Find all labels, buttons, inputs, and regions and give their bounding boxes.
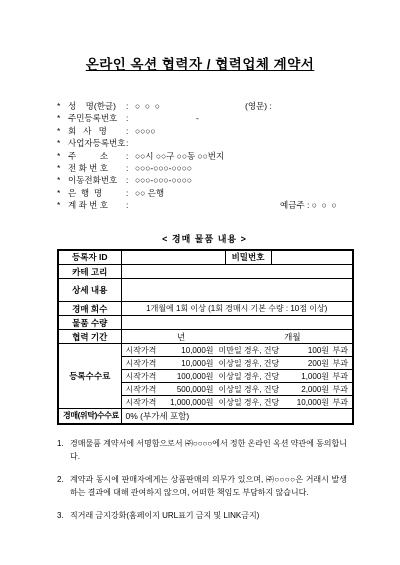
field-label: 성 명(한글) (68, 100, 126, 112)
fee-tier-cell: 시작가격 10,000원 이상일 경우, 건당 200원 부과 (121, 357, 353, 370)
document-title: 온라인 옥션 협력자 / 협력업체 계약서 (0, 53, 400, 73)
fee-prefix: 시작가격 (126, 384, 162, 395)
field-bullet: * (57, 137, 68, 149)
field-label: 계 좌 번 호 (68, 199, 126, 211)
quantity-label: 물품 수량 (58, 316, 121, 330)
field-account-number: * 계 좌 번 호 : 예금주 : ○ ○ ○ (57, 199, 352, 211)
fee-charge: 10,000원 (289, 397, 329, 408)
note-item-1: 1. 경매물품 계약서에 서명함으로서 ㈜○○○○에서 정한 온라인 옥션 약관… (57, 437, 347, 464)
field-bank-name: * 은 행 명 : ○○ 은행 (57, 187, 352, 199)
field-label: 회 사 명 (68, 125, 126, 137)
field-colon: : (126, 187, 135, 199)
fee-tier-1: 시작가격 10,000원 미만일 경우, 건당 100원 부과 (126, 345, 349, 356)
field-colon: : (126, 174, 135, 186)
field-mobile-number: * 이동전화번호 : ○○○-○○○-○○○○ (57, 174, 352, 186)
fee-suffix: 부과 (329, 345, 348, 356)
fee-tier-4: 시작가격 500,000원 이상일 경우, 건당 2,000원 부과 (126, 384, 349, 395)
field-value: ○○○-○○○-○○○○ (135, 174, 192, 186)
field-colon: : (126, 112, 135, 124)
field-resident-number: * 주민등록번호 : - (57, 112, 352, 124)
table-row-quantity: 물품 수량 (58, 316, 353, 330)
fee-charge: 200원 (289, 358, 329, 369)
field-label: 주민등록번호 (68, 112, 126, 124)
field-bullet: * (57, 187, 68, 199)
field-account-holder: 예금주 : ○ ○ ○ (280, 199, 337, 211)
fee-tier-cell: 시작가격 100,000원 이상일 경우, 건당 1,000원 부과 (121, 370, 353, 383)
field-bullet: * (57, 162, 68, 174)
field-colon: : (126, 150, 135, 162)
table-row-auction-count: 경매 회수 1개월에 1회 이상 (1회 경매시 기본 수량 : 10점 이상) (58, 302, 353, 316)
fee-threshold: 1,000,000원 (162, 397, 214, 408)
fee-prefix: 시작가격 (126, 345, 162, 356)
term-units: 년 개월 (126, 331, 349, 343)
field-label: 전 화 번 호 (68, 162, 126, 174)
auction-count-value: 1개월에 1회 이상 (1회 경매시 기본 수량 : 10점 이상) (121, 302, 353, 316)
field-bullet: * (57, 174, 68, 186)
table-row-registrant: 등록자 ID 비밀번호 (58, 250, 353, 265)
field-colon: : (126, 199, 135, 211)
party-info-fields: * 성 명(한글) : ○ ○ ○ (영문) : * 주민등록번호 : - * … (57, 100, 352, 212)
fee-suffix: 부과 (329, 397, 348, 408)
notes-list: 1. 경매물품 계약서에 서명함으로서 ㈜○○○○에서 정한 온라인 옥션 약관… (57, 437, 347, 523)
fee-prefix: 시작가격 (126, 358, 162, 369)
note-number: 2. (57, 473, 70, 500)
category-label: 카테 고리 (58, 265, 121, 279)
password-value-cell (271, 250, 353, 265)
field-business-registration-number: * 사업자등록번호 : (57, 137, 352, 149)
fee-suffix: 부과 (329, 371, 348, 382)
auction-count-label: 경매 회수 (58, 302, 121, 316)
table-row-term: 협력 기간 년 개월 (58, 330, 353, 344)
detail-value-cell (121, 279, 353, 302)
fee-threshold: 10,000원 (162, 358, 214, 369)
field-colon: : (126, 100, 135, 112)
field-value: ○○시 ○○구 ○○동 ○○번지 (135, 150, 224, 162)
fee-condition: 이상일 경우, 건당 (214, 397, 290, 408)
fee-prefix: 시작가격 (126, 371, 162, 382)
term-years-unit: 년 (126, 331, 237, 343)
field-label: 사업자등록번호 (68, 137, 126, 149)
fee-table-row: 등록수수료 시작가격 10,000원 미만일 경우, 건당 100원 부과 (58, 344, 353, 357)
field-phone-number: * 전 화 번 호 : ○○○-○○○-○○○○ (57, 162, 352, 174)
note-number: 3. (57, 509, 70, 523)
table-row-detail: 상세 내용 (58, 279, 353, 302)
field-bullet: * (57, 112, 68, 124)
field-value: ○○ 은행 (135, 187, 164, 199)
field-label: 이동전화번호 (68, 174, 126, 186)
term-value-cell: 년 개월 (121, 330, 353, 344)
detail-label: 상세 내용 (58, 279, 121, 302)
field-value: ○ ○ ○ (135, 100, 160, 112)
fee-tier-3: 시작가격 100,000원 이상일 경우, 건당 1,000원 부과 (126, 371, 349, 382)
registrant-id-value-cell (121, 250, 225, 265)
field-value: ○○○○ (135, 125, 156, 137)
field-label: 주 소 (68, 150, 126, 162)
field-bullet: * (57, 125, 68, 137)
term-label: 협력 기간 (58, 330, 121, 344)
note-text: 경매물품 계약서에 서명함으로서 ㈜○○○○에서 정한 온라인 옥션 약관에 동… (70, 437, 347, 464)
fee-tier-cell: 시작가격 1,000,000원 이상일 경우, 건당 10,000원 부과 (121, 396, 353, 409)
fee-charge: 2,000원 (289, 384, 329, 395)
fee-suffix: 부과 (329, 384, 348, 395)
field-bullet: * (57, 199, 68, 211)
commission-label: 경매(위탁)수수료 (58, 409, 121, 424)
table-caption: < 경매 물품 내용 > (57, 232, 352, 245)
note-text: 계약과 동시에 판매자에게는 상품판매의 의무가 있으며, ㈜○○○○은 거래시… (70, 473, 347, 500)
table-row-commission: 경매(위탁)수수료 0% (부가세 포함) (58, 409, 353, 424)
fee-condition: 이상일 경우, 건당 (214, 371, 290, 382)
fee-tier-2: 시작가격 10,000원 이상일 경우, 건당 200원 부과 (126, 358, 349, 369)
field-label: 은 행 명 (68, 187, 126, 199)
term-months-unit: 개월 (237, 331, 348, 343)
field-address: * 주 소 : ○○시 ○○구 ○○동 ○○번지 (57, 150, 352, 162)
field-bullet: * (57, 100, 68, 112)
fee-prefix: 시작가격 (126, 397, 162, 408)
field-name-korean: * 성 명(한글) : ○ ○ ○ (영문) : (57, 100, 352, 112)
note-item-3: 3. 직거래 금지강화(홈페이지 URL표기 금지 및 LINK금지) (57, 509, 347, 523)
password-label: 비밀번호 (225, 250, 271, 265)
note-number: 1. (57, 437, 70, 464)
fee-condition: 이상일 경우, 건당 (214, 384, 290, 395)
document-content: * 성 명(한글) : ○ ○ ○ (영문) : * 주민등록번호 : - * … (57, 100, 352, 522)
fee-condition: 이상일 경우, 건당 (214, 358, 290, 369)
note-text: 직거래 금지강화(홈페이지 URL표기 금지 및 LINK금지) (70, 509, 347, 523)
fee-tier-cell: 시작가격 500,000원 이상일 경우, 건당 2,000원 부과 (121, 383, 353, 396)
table-row-category: 카테 고리 (58, 265, 353, 279)
note-item-2: 2. 계약과 동시에 판매자에게는 상품판매의 의무가 있으며, ㈜○○○○은 … (57, 473, 347, 500)
fee-tier-cell: 시작가격 10,000원 미만일 경우, 건당 100원 부과 (121, 344, 353, 357)
fee-threshold: 10,000원 (162, 345, 214, 356)
contract-document-page: 온라인 옥션 협력자 / 협력업체 계약서 * 성 명(한글) : ○ ○ ○ … (0, 0, 400, 565)
category-value-cell (121, 265, 353, 279)
field-colon: : (126, 162, 135, 174)
field-colon: : (126, 137, 135, 149)
quantity-value-cell (121, 316, 353, 330)
field-colon: : (126, 125, 135, 137)
commission-value: 0% (부가세 포함) (121, 409, 353, 424)
fee-threshold: 500,000원 (162, 384, 214, 395)
field-value: ○○○-○○○-○○○○ (135, 162, 192, 174)
fee-tier-5: 시작가격 1,000,000원 이상일 경우, 건당 10,000원 부과 (126, 397, 349, 408)
fee-charge: 100원 (289, 345, 329, 356)
field-value: - (135, 112, 199, 124)
fee-condition: 미만일 경우, 건당 (214, 345, 290, 356)
auction-items-table: 등록자 ID 비밀번호 카테 고리 상세 내용 경매 회수 1개월에 1회 이상… (57, 249, 354, 425)
field-bullet: * (57, 150, 68, 162)
fee-suffix: 부과 (329, 358, 348, 369)
registration-fee-label: 등록수수료 (58, 344, 121, 409)
fee-charge: 1,000원 (289, 371, 329, 382)
fee-threshold: 100,000원 (162, 371, 214, 382)
field-company-name: * 회 사 명 : ○○○○ (57, 125, 352, 137)
registrant-id-label: 등록자 ID (58, 250, 121, 265)
field-name-english-label: (영문) : (245, 100, 272, 112)
